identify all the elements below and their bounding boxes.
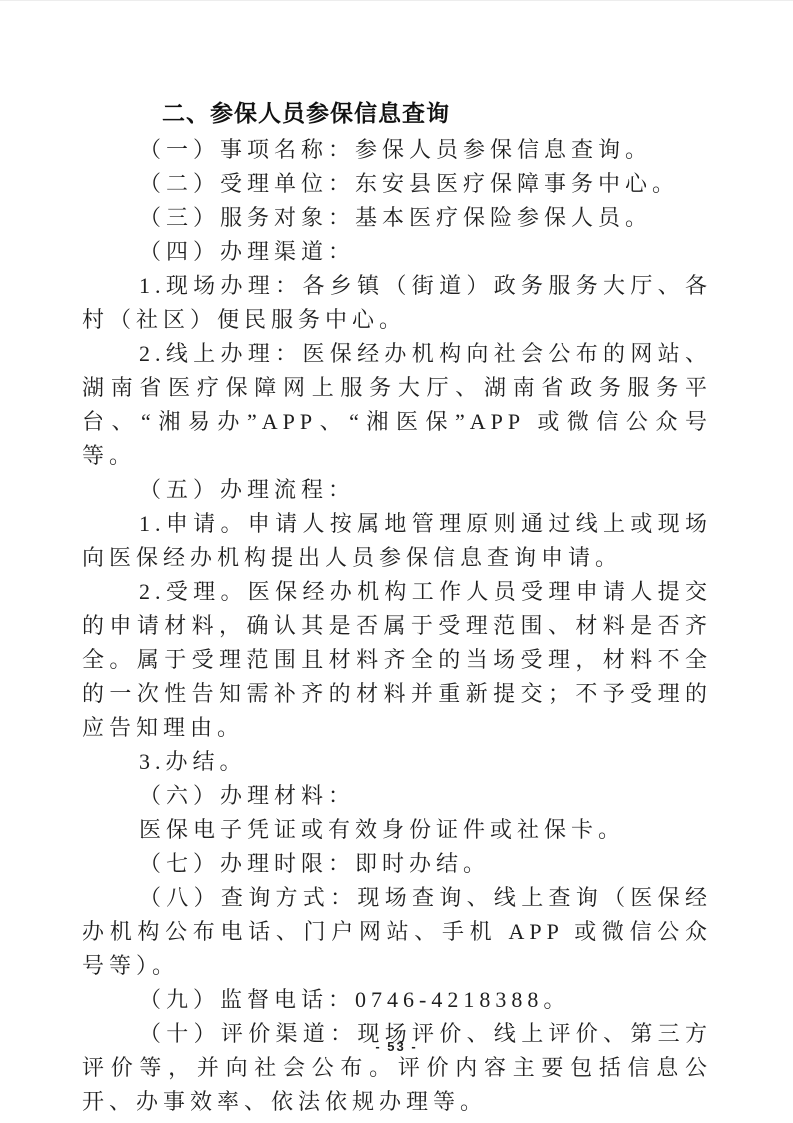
paragraph: 3.办结。 [82, 745, 712, 779]
paragraph: （六）办理材料： [82, 779, 712, 813]
paragraph: （五）办理流程： [82, 473, 712, 507]
paragraph: 1.现场办理：各乡镇（街道）政务服务大厅、各村（社区）便民服务中心。 [82, 269, 712, 337]
paragraph: 医保电子凭证或有效身份证件或社保卡。 [82, 813, 712, 847]
paragraph: （三）服务对象：基本医疗保险参保人员。 [82, 201, 712, 235]
paragraph: （四）办理渠道： [82, 235, 712, 269]
paragraph: （九）监督电话：0746-4218388。 [82, 983, 712, 1017]
document-page: 二、参保人员参保信息查询 （一）事项名称：参保人员参保信息查询。（二）受理单位：… [0, 0, 793, 1123]
document-content: 二、参保人员参保信息查询 （一）事项名称：参保人员参保信息查询。（二）受理单位：… [82, 95, 712, 1119]
paragraph: 1.申请。申请人按属地管理原则通过线上或现场向医保经办机构提出人员参保信息查询申… [82, 507, 712, 575]
paragraph: （二）受理单位：东安县医疗保障事务中心。 [82, 167, 712, 201]
paragraph: （十）评价渠道：现场评价、线上评价、第三方评价等，并向社会公布。评价内容主要包括… [82, 1017, 712, 1119]
page-number: - 53 - [0, 1039, 793, 1054]
paragraph: 2.线上办理：医保经办机构向社会公布的网站、湖南省医疗保障网上服务大厅、湖南省政… [82, 337, 712, 473]
document-body: （一）事项名称：参保人员参保信息查询。（二）受理单位：东安县医疗保障事务中心。（… [82, 133, 712, 1119]
section-heading: 二、参保人员参保信息查询 [82, 95, 712, 131]
paragraph: （七）办理时限：即时办结。 [82, 847, 712, 881]
paragraph: （八）查询方式：现场查询、线上查询（医保经办机构公布电话、门户网站、手机 APP… [82, 881, 712, 983]
paragraph: 2.受理。医保经办机构工作人员受理申请人提交的申请材料，确认其是否属于受理范围、… [82, 575, 712, 745]
paragraph: （一）事项名称：参保人员参保信息查询。 [82, 133, 712, 167]
